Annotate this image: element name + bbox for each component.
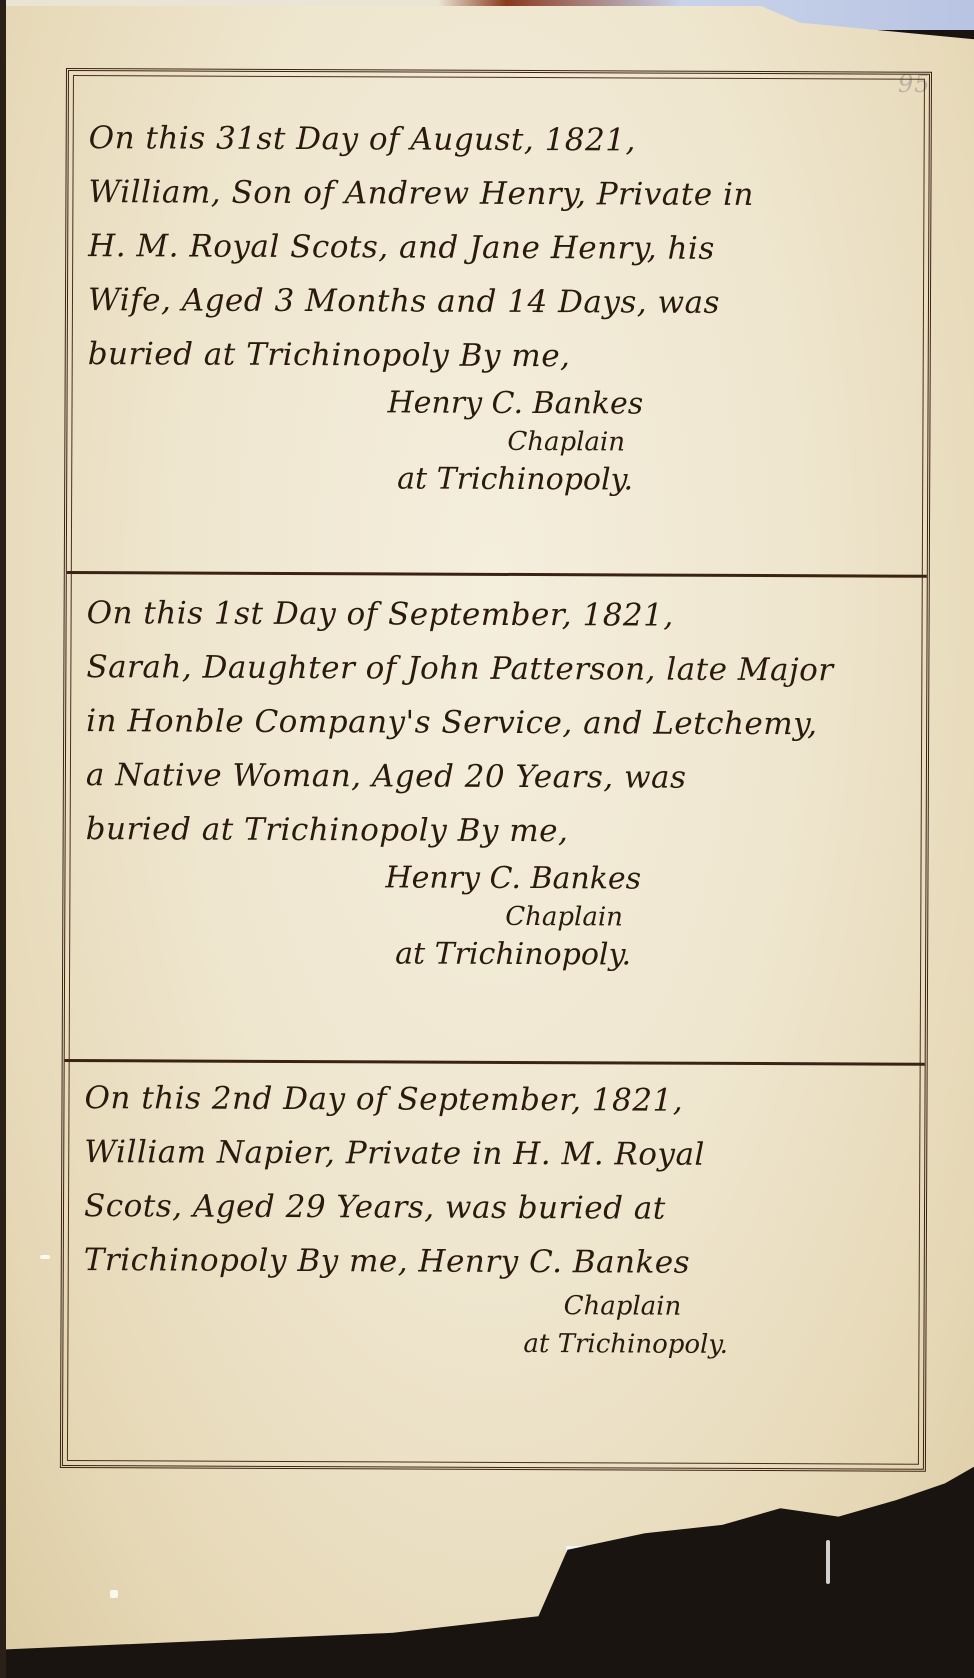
entry-line: On this 2nd Day of September, 1821, (84, 1071, 904, 1129)
entry-line: buried at Trichinopoly By me, (86, 802, 906, 860)
signature-title: Chaplain (564, 1289, 904, 1324)
entry-line: On this 31st Day of August, 1821, (89, 111, 909, 169)
entry-line: William Napier, Private in H. M. Royal (84, 1125, 904, 1183)
signature-name: Henry C. Bankes (387, 382, 907, 426)
glare-spot (826, 1540, 830, 1584)
signature-title: Chaplain (505, 900, 905, 936)
entry-line: H. M. Royal Scots, and Jane Henry, his (88, 219, 908, 277)
entry-line: a Native Woman, Aged 20 Years, was (86, 748, 906, 806)
entry-line: Sarah, Daughter of John Patterson, late … (86, 640, 906, 698)
entry-line: Wife, Aged 3 Months and 14 Days, was (88, 273, 908, 331)
glare-spot (40, 1255, 50, 1259)
entry-line: Scots, Aged 29 Years, was buried at (84, 1179, 904, 1237)
signature-name: Henry C. Bankes (385, 857, 905, 901)
entry-line: William, Son of Andrew Henry, Private in (88, 165, 908, 223)
signature-place: at Trichinopoly. (395, 933, 905, 977)
torn-corner (566, 1546, 974, 1666)
entry-line: in Honble Company's Service, and Letchem… (86, 694, 906, 752)
entry-line: buried at Trichinopoly By me, (88, 327, 908, 385)
register-frame: On this 31st Day of August, 1821, Willia… (60, 68, 932, 1472)
burial-entry-2: On this 1st Day of September, 1821, Sara… (85, 586, 907, 978)
signature-title: Chaplain (507, 425, 907, 461)
signature-place: at Trichinopoly. (397, 458, 907, 502)
burial-entry-1: On this 31st Day of August, 1821, Willia… (87, 111, 909, 503)
burial-entry-3: On this 2nd Day of September, 1821, Will… (83, 1071, 904, 1367)
signature-place: at Trichinopoly. (523, 1323, 903, 1367)
glare-spot (110, 1590, 118, 1598)
entry-line: On this 1st Day of September, 1821, (87, 586, 907, 644)
entry-line: Trichinopoly By me, Henry C. Bankes (84, 1233, 904, 1291)
book-spine-edge (0, 0, 6, 1678)
